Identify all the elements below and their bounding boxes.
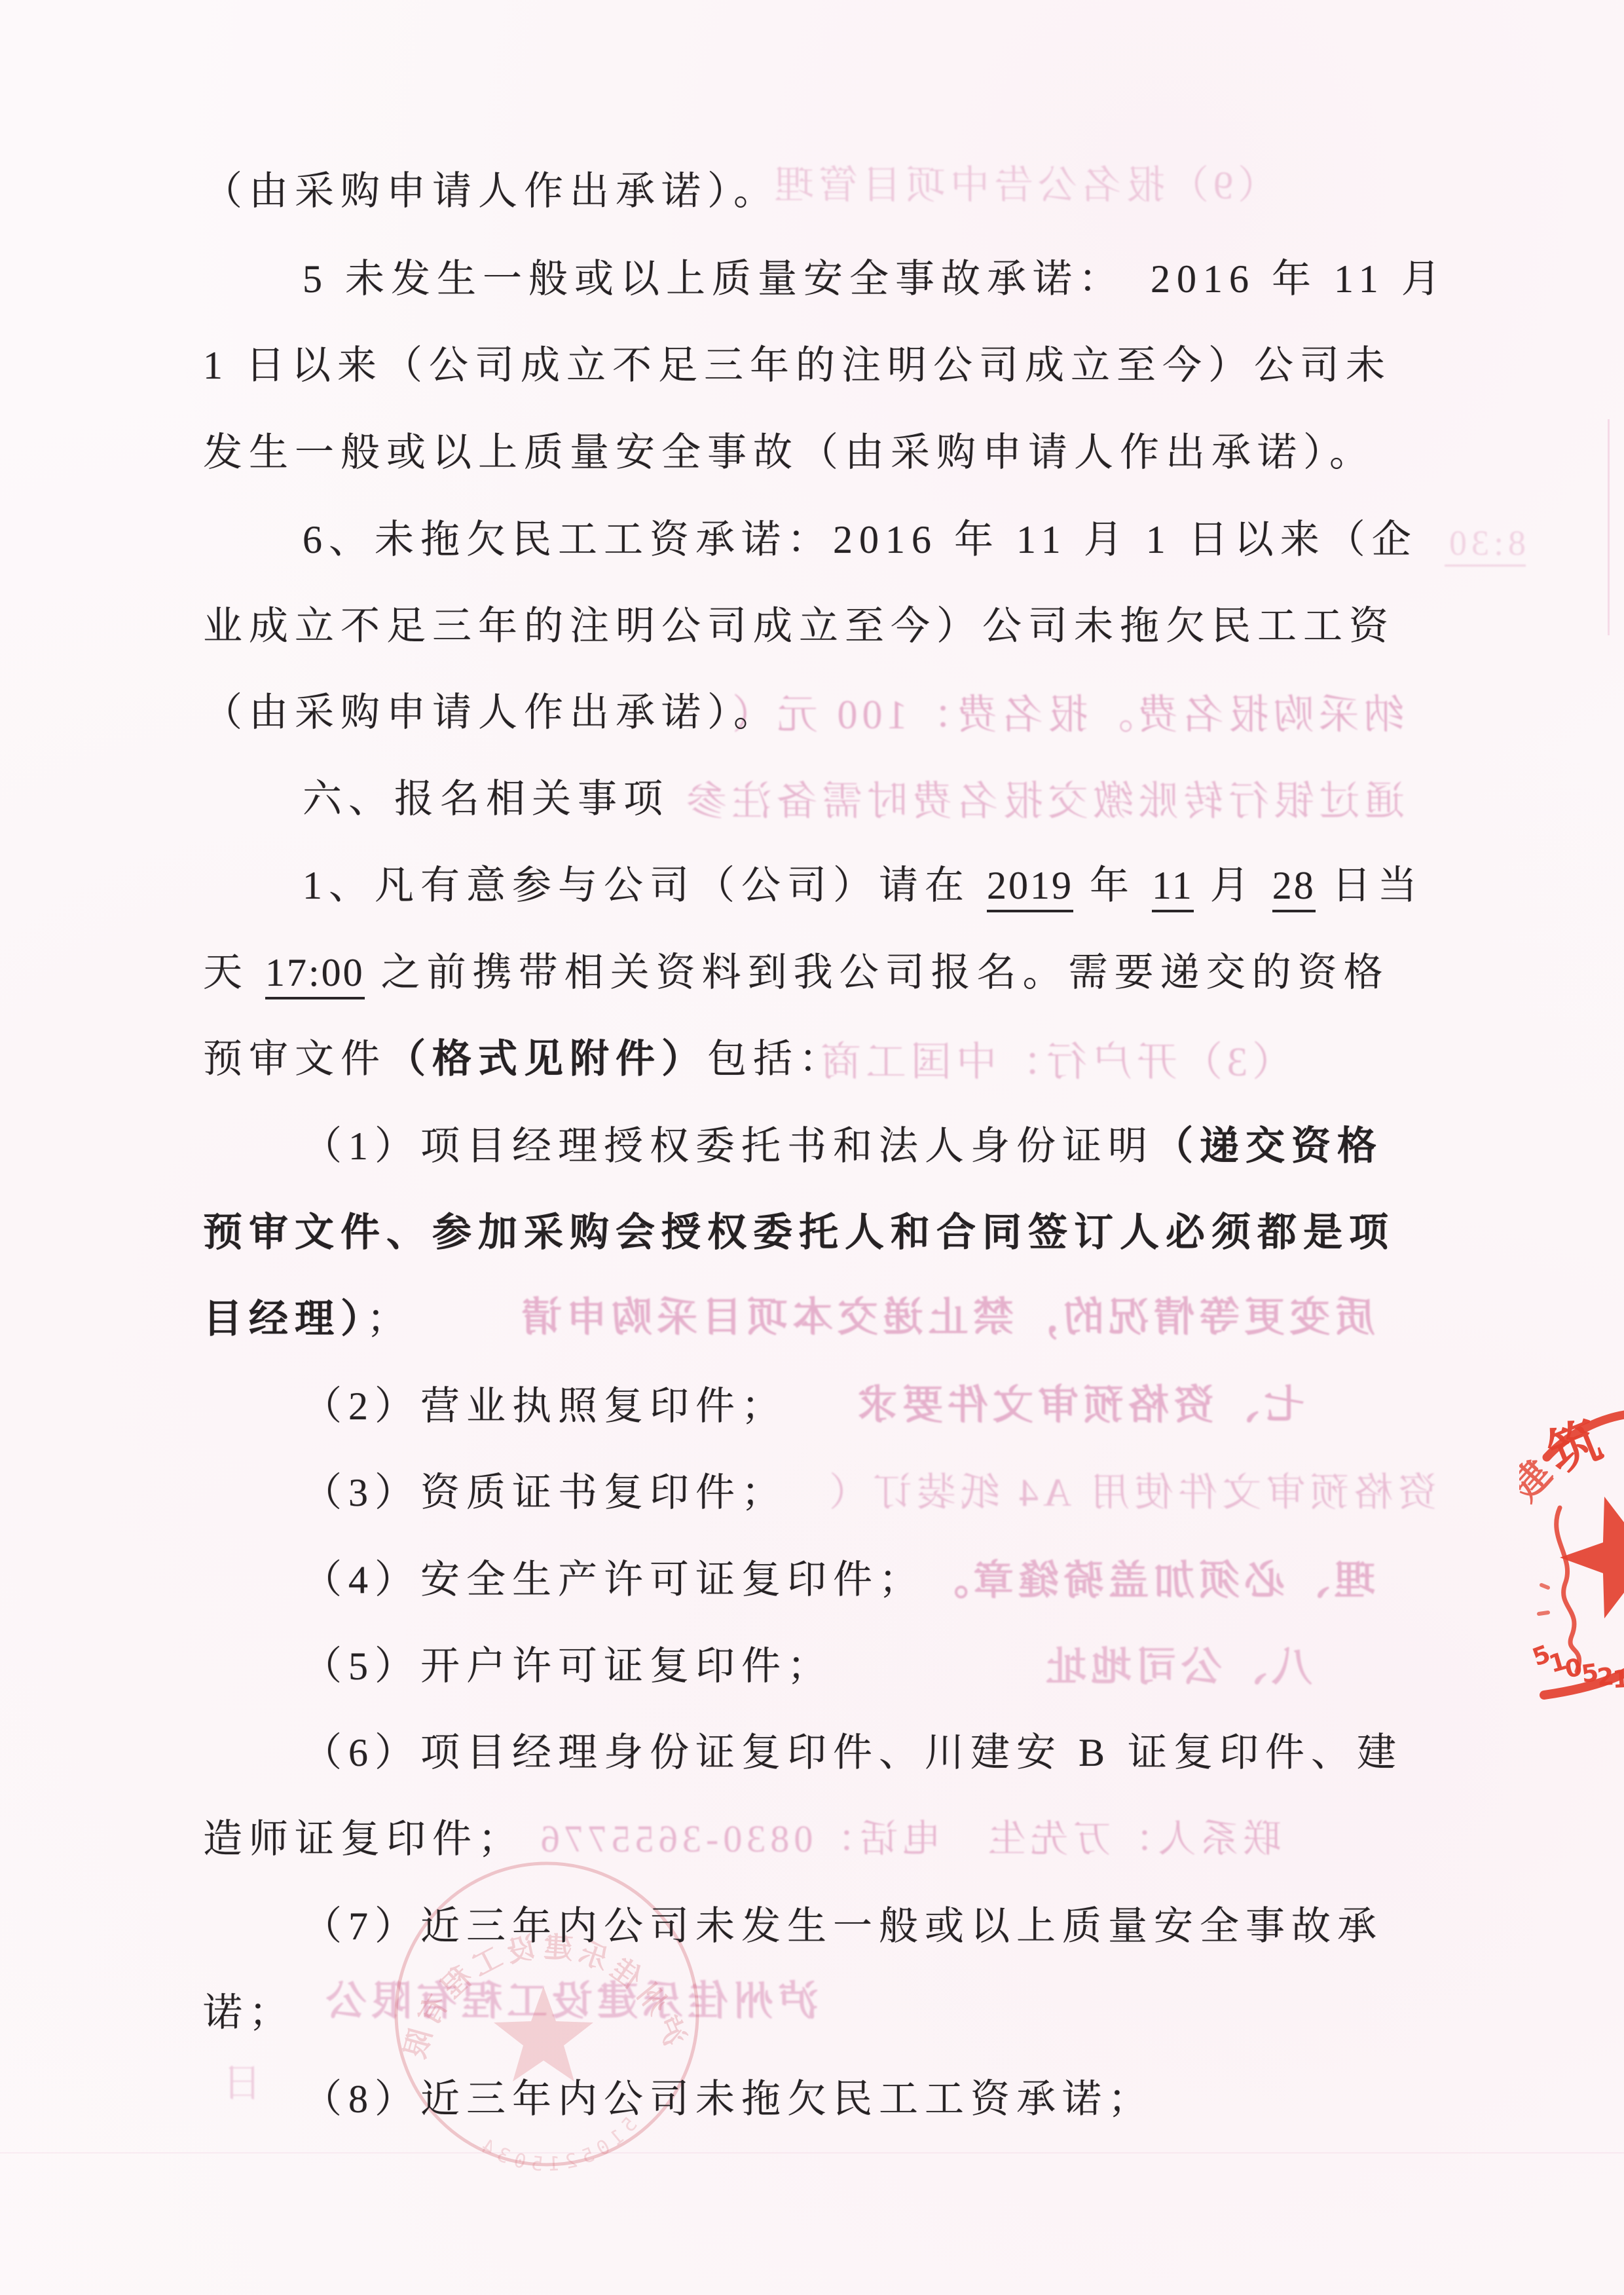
text-segment: （由采购申请人作出承诺）。 (203, 170, 779, 213)
bleedthrough-text: 资格预审文件使用 A4 纸装订（ (824, 1471, 1437, 1514)
text-segment: 日当 (1316, 864, 1424, 907)
text-segment: （4）安全生产许可证复印件； (303, 1558, 925, 1601)
underlined-date-year: 2019 (987, 864, 1073, 912)
text-line: （7）近三年内公司未发生一般或以上质量安全事故承 (303, 1904, 1383, 1949)
text-line: 1 日以来（公司成立不足三年的注明公司成立至今）公司未 (203, 343, 1392, 388)
text-line: 天 17:00 之前携带相关资料到我公司报名。需要递交的资格 (203, 950, 1390, 996)
text-line: （1）项目经理授权委托书和法人身份证明（递交资格 (303, 1124, 1383, 1169)
text-line: 目经理）； (203, 1297, 413, 1342)
bleedthrough-text: 日 (218, 2062, 262, 2105)
text-segment: 诺； (203, 1991, 295, 2034)
bold-text-segment: 目经理） (203, 1297, 367, 1341)
text-line: 5 未发生一般或以上质量安全事故承诺： 2016 年 11 月 (303, 257, 1447, 302)
bleedthrough-text: 理、必须加盖骑缝章。 (923, 1559, 1375, 1603)
text-line: （由采购申请人作出承诺）。 (203, 690, 779, 736)
text-segment: 1 日以来（公司成立不足三年的注明公司成立至今）公司未 (203, 344, 1392, 387)
section-heading: 六、报名相关事项 (303, 777, 669, 822)
text-line: （4）安全生产许可证复印件； (303, 1558, 925, 1603)
text-line: （8）近三年内公司未拖欠民工工资承诺； (303, 2077, 1154, 2122)
text-segment: （由采购申请人作出承诺）。 (203, 691, 779, 734)
text-segment: 发生一般或以上质量安全事故（由采购申请人作出承诺）。 (203, 431, 1375, 474)
text-segment: 之前携带相关资料到我公司报名。需要递交的资格 (365, 951, 1390, 994)
text-segment: 造师证复印件； (203, 1818, 524, 1861)
text-segment: 月 (1194, 864, 1272, 907)
signature-squiggle-dash (1539, 1585, 1548, 1614)
bleedthrough-text: 8:30 (1445, 524, 1526, 567)
text-line: （由采购申请人作出承诺）。 (203, 169, 779, 214)
svg-text:1: 1 (1612, 1665, 1624, 1694)
text-segment: 预审文件 (203, 1037, 386, 1081)
text-segment: 1、凡有意参与公司（公司）请在 (303, 864, 987, 907)
text-segment: 6、未拖欠民工工资承诺：2016 年 11 月 1 日以来（企 (303, 518, 1418, 561)
bleedthrough-text: 八、公司地址 (1041, 1645, 1312, 1690)
bleedthrough-text: （9）报名公告中项目管理 (770, 164, 1277, 207)
text-segment: ； (367, 1297, 413, 1341)
text-segment: （1）项目经理授权委托书和法人身份证明 (303, 1125, 1154, 1168)
text-segment: （6）项目经理身份证复印件、川建安 B 证复印件、建 (303, 1731, 1403, 1774)
bleedthrough-text: （3）开户行：中国工商 (816, 1040, 1293, 1085)
bleedthrough-text: 七、资格预审文件要求 (853, 1383, 1304, 1428)
bleedthrough-text: 纳采购报名费。报名费：100 元（ (728, 693, 1405, 737)
text-line: 预审文件（格式见附件）包括： (203, 1037, 845, 1082)
text-segment: （3）资质证书复印件； (303, 1471, 787, 1514)
text-line: 造师证复印件； (203, 1817, 524, 1862)
scan-streak-right (1608, 419, 1610, 635)
construction-seal-stamp: 筑 建 5 1 0 5 2 1 (1519, 1389, 1624, 1716)
text-segment: 六、报名相关事项 (303, 777, 669, 821)
text-line: （6）项目经理身份证复印件、川建安 B 证复印件、建 (303, 1730, 1403, 1776)
text-segment: 5 未发生一般或以上质量安全事故承诺： 2016 年 11 月 (303, 257, 1447, 301)
text-line: 发生一般或以上质量安全事故（由采购申请人作出承诺）。 (203, 430, 1375, 476)
underlined-date-month: 11 (1152, 864, 1194, 912)
text-line: （5）开户许可证复印件； (303, 1644, 833, 1689)
underlined-date-day: 28 (1272, 864, 1316, 912)
bold-text-segment: 预审文件、参加采购会授权委托人和合同签订人必须都是项 (203, 1211, 1395, 1254)
bold-text-segment: （格式见附件） (386, 1037, 707, 1081)
text-segment: 年 (1073, 864, 1152, 907)
text-line: 诺； (203, 1990, 295, 2036)
text-line: 1、凡有意参与公司（公司）请在 2019 年 11 月 28 日当 (303, 863, 1424, 908)
document-page: （9）报名公告中项目管理 8:30 纳采购报名费。报名费：100 元（ 通过银行… (0, 0, 1624, 2295)
underlined-time: 17:00 (265, 951, 365, 999)
seal-star-icon (494, 1987, 593, 2081)
text-segment: （8）近三年内公司未拖欠民工工资承诺； (303, 2078, 1154, 2121)
text-segment: 包括： (707, 1037, 845, 1081)
text-segment: 天 (203, 951, 265, 994)
text-segment: 业成立不足三年的注明公司成立至今）公司未拖欠民工工资 (203, 605, 1395, 648)
bold-text-segment: （递交资格 (1154, 1125, 1383, 1168)
text-line: 6、未拖欠民工工资承诺：2016 年 11 月 1 日以来（企 (303, 517, 1418, 563)
text-segment: （2）营业执照复印件； (303, 1385, 787, 1428)
text-segment: （7）近三年内公司未发生一般或以上质量安全事故承 (303, 1905, 1383, 1948)
text-line: （2）营业执照复印件； (303, 1384, 787, 1429)
bleedthrough-text: 通过银行转账缴交报名费时需备注参 (682, 779, 1405, 824)
text-line: （3）资质证书复印件； (303, 1470, 787, 1516)
scan-streak-bottom (0, 2152, 1624, 2154)
text-line: 预审文件、参加采购会授权委托人和合同签订人必须都是项 (203, 1210, 1395, 1256)
bleedthrough-text: 联系人：万先生 电话：0830-3655776 (536, 1818, 1281, 1860)
bleedthrough-text: 质变更等情况的，禁止递交本项目采购申请 (517, 1296, 1375, 1340)
seal-star-icon (1560, 1497, 1624, 1618)
text-segment: （5）开户许可证复印件； (303, 1645, 833, 1688)
text-line: 业成立不足三年的注明公司成立至今）公司未拖欠民工工资 (203, 604, 1395, 649)
